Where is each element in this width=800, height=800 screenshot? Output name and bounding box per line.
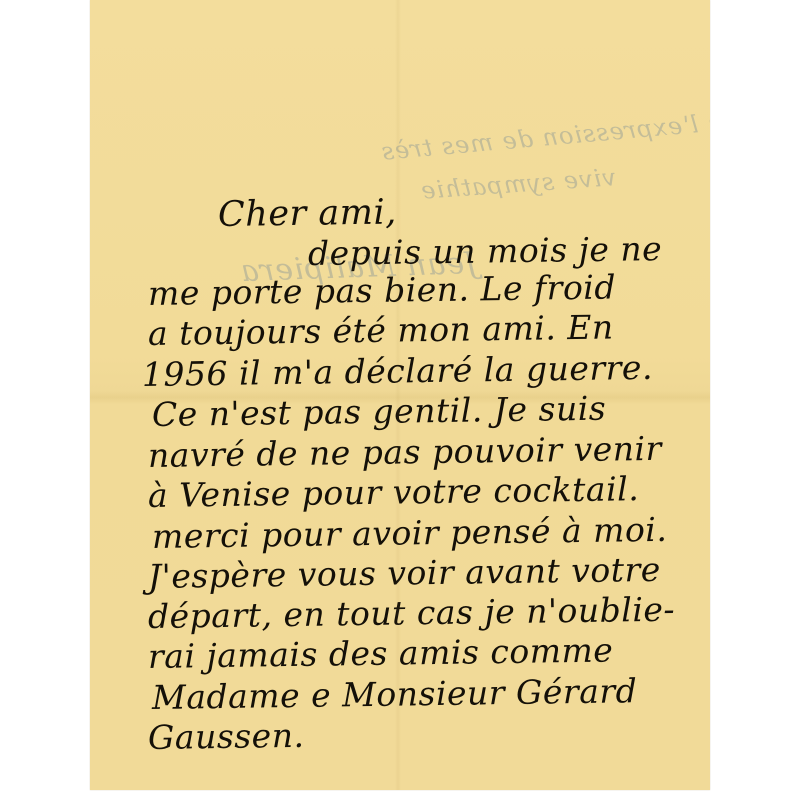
letter-line: 1956 il m'a déclaré la guerre. — [142, 348, 653, 394]
salutation: Cher ami, — [218, 193, 397, 235]
letter-line: départ, en tout cas je n'oublie- — [148, 590, 676, 636]
letter-line: Madame e Monsieur Gérard — [152, 671, 638, 717]
letter-line: navré de ne pas pouvoir venir — [148, 429, 662, 475]
letter-line: J'espère vous voir avant votre — [148, 550, 661, 596]
letter-line: Gaussen. — [148, 716, 305, 757]
letter-line: Ce n'est pas gentil. Je suis — [152, 389, 607, 434]
letter-line: merci pour avoir pensé à moi. — [152, 510, 668, 556]
page: Rejoin l'expression de mes très vive sym… — [0, 0, 800, 800]
letter-body: Cher ami, depuis un mois je ne me porte … — [90, 0, 710, 790]
letter-line: rai jamais des amis comme — [148, 631, 614, 676]
letter-line: à Venise pour votre cocktail. — [148, 469, 640, 515]
letter-paper: Rejoin l'expression de mes très vive sym… — [90, 0, 710, 790]
letter-line: me porte pas bien. Le froid — [148, 267, 616, 313]
letter-line: a toujours été mon ami. En — [148, 308, 614, 353]
letter-line: depuis un mois je ne — [308, 229, 663, 273]
